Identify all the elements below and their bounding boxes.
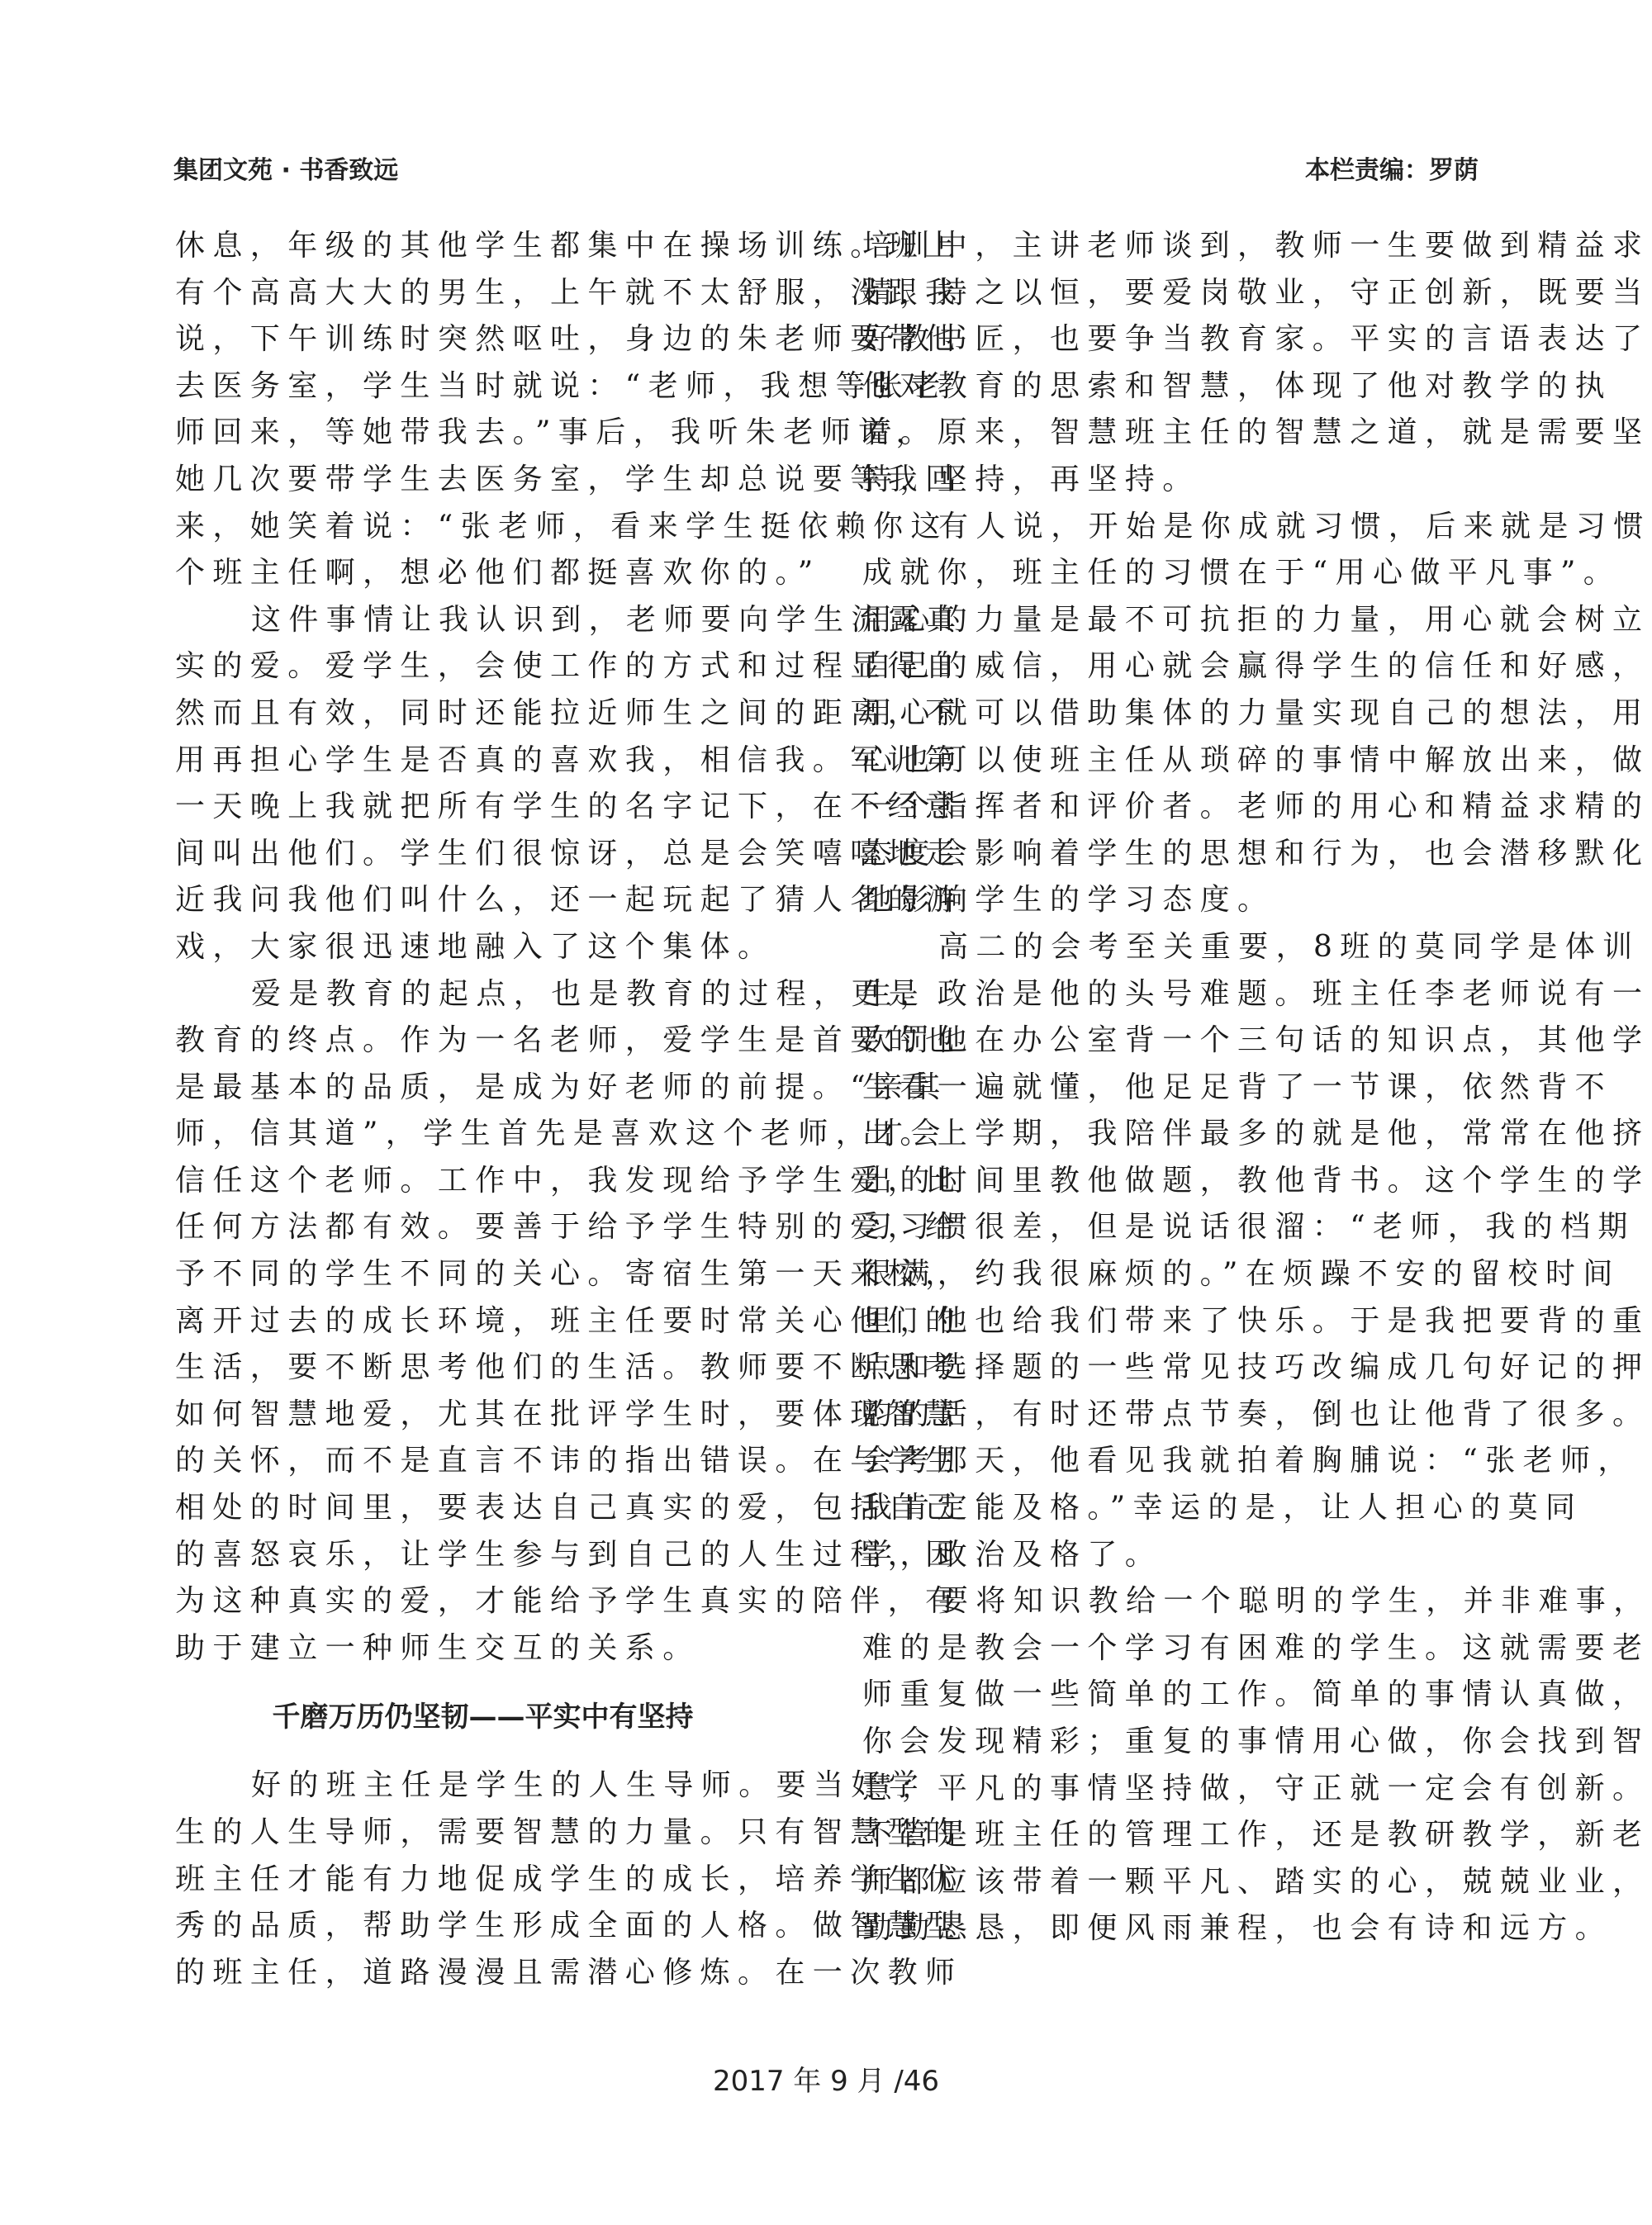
column-editor: 本栏责编：罗荫 <box>1305 149 1479 186</box>
text-line: 你会发现精彩；重复的事情用心做，你会找到智 <box>862 1719 1478 1766</box>
paragraph: 这件事情让我认识到，老师要向学生流露真 实的爱。爱学生，会使工作的方式和过程显得… <box>175 597 790 971</box>
text-line: 要将知识教给一个聪明的学生，并非难事， <box>862 1578 1478 1625</box>
text-line: 班主任才能有力地促成学生的成长，培养学生优 <box>175 1857 790 1904</box>
text-line: 有人说，开始是你成就习惯，后来就是习惯 <box>862 504 1478 551</box>
text-line: 离开过去的成长环境，班主任要时常关心他们的 <box>175 1298 790 1345</box>
text-line: 精，持之以恒，要爱岗敬业，守正创新，既要当 <box>862 270 1478 317</box>
text-line: 助于建立一种师生交互的关系。 <box>175 1625 790 1672</box>
text-line: 个班主任啊，想必他们都挺喜欢你的。” <box>175 550 790 597</box>
text-line: 我肯定能及格。”幸运的是，让人担心的莫同 <box>862 1485 1478 1532</box>
text-line: 师重复做一些简单的工作。简单的事情认真做， <box>862 1672 1478 1719</box>
text-line: 难的是教会一个学习有困难的学生。这就需要老 <box>862 1625 1478 1672</box>
paragraph: 有人说，开始是你成就习惯，后来就是习惯 成就你，班主任的习惯在于“用心做平凡事”… <box>862 504 1478 924</box>
text-line: 一天晚上我就把所有学生的名字记下，在不经意 <box>175 784 790 831</box>
paragraph: 要将知识教给一个聪明的学生，并非难事， 难的是教会一个学习有困难的学生。这就需要… <box>862 1578 1478 1952</box>
paragraph: 休息，年级的其他学生都集中在操场训练。班上 有个高高大大的男生，上午就不太舒服，… <box>175 223 790 597</box>
text-line: 相处的时间里，要表达自己真实的爱，包括自己 <box>175 1485 790 1532</box>
text-line: 不管是班主任的管理工作，还是教研教学，新老 <box>862 1812 1478 1859</box>
text-line: 会考那天，他看见我就拍着胸脯说：“张老师， <box>862 1438 1478 1485</box>
text-line: 自己的威信，用心就会赢得学生的信任和好感， <box>862 643 1478 690</box>
text-line: 好教书匠，也要争当教育家。平实的言语表达了 <box>862 316 1478 363</box>
text-line: 师都应该带着一颗平凡、踏实的心，兢兢业业， <box>862 1859 1478 1906</box>
text-line: 这件事情让我认识到，老师要向学生流露真 <box>175 597 790 644</box>
right-column: 培训中，主讲老师谈到，教师一生要做到精益求 精，持之以恒，要爱岗敬业，守正创新，… <box>862 223 1478 1952</box>
text-line: 出的时间里教他做题，教他背书。这个学生的学 <box>862 1158 1478 1205</box>
page-header: 集团文苑 · 书香致远 本栏责编：罗荫 <box>173 147 1479 188</box>
text-line: 态度会影响着学生的思想和行为，也会潜移默化 <box>862 831 1478 878</box>
text-line: 近我问我他们叫什么，还一起玩起了猜人名的游 <box>175 877 790 924</box>
text-line: 勤勤恳恳，即便风雨兼程，也会有诗和远方。 <box>862 1905 1478 1952</box>
text-line: 爱是教育的起点，也是教育的过程，更是 <box>175 971 790 1018</box>
text-line: 用心就可以借助集体的力量实现自己的想法，用 <box>862 690 1478 738</box>
text-line: 秀的品质，帮助学生形成全面的人格。做智慧型 <box>175 1903 790 1950</box>
text-line: 习习惯很差，但是说话很溜：“老师，我的档期 <box>862 1204 1478 1251</box>
paragraph: 高二的会考至关重要，8班的莫同学是体训 生，政治是他的头号难题。班主任李老师说有… <box>862 924 1478 1578</box>
text-line: 任何方法都有效。要善于给予学生特别的爱，给 <box>175 1204 790 1251</box>
text-line: 他对教育的思索和智慧，体现了他对教学的执 <box>862 363 1478 410</box>
text-line: 然而且有效，同时还能拉近师生之间的距离，不 <box>175 690 790 738</box>
text-line: 韵的话，有时还带点节奏，倒也让他背了很多。 <box>862 1392 1478 1439</box>
text-line: 着。原来，智慧班主任的智慧之道，就是需要坚 <box>862 410 1478 457</box>
text-line: 里，他也给我们带来了快乐。于是我把要背的重 <box>862 1298 1478 1345</box>
text-line: 学，政治及格了。 <box>862 1532 1478 1579</box>
text-line: 来，她笑着说：“张老师，看来学生挺依赖你这 <box>175 504 790 551</box>
column-title: 集团文苑 · 书香致远 <box>173 149 398 186</box>
section-heading: 千磨万历仍坚韧——平实中有坚持 <box>175 1672 790 1762</box>
text-line: 培训中，主讲老师谈到，教师一生要做到精益求 <box>862 223 1478 270</box>
text-line: 高二的会考至关重要，8班的莫同学是体训 <box>862 924 1478 971</box>
text-line: 的喜怒哀乐，让学生参与到自己的人生过程，因 <box>175 1532 790 1579</box>
text-line: 师回来，等她带我去。”事后，我听朱老师说， <box>175 410 790 457</box>
text-line: 慧；平凡的事情坚持做，守正就一定会有创新。 <box>862 1766 1478 1813</box>
text-line: 休息，年级的其他学生都集中在操场训练。班上 <box>175 223 790 270</box>
text-line: 戏，大家很迅速地融入了这个集体。 <box>175 924 790 971</box>
text-line: 说，下午训练时突然呕吐，身边的朱老师要带他 <box>175 316 790 363</box>
text-line: 师，信其道”，学生首先是喜欢这个老师，才会 <box>175 1111 790 1158</box>
text-line: 的班主任，道路漫漫且需潜心修炼。在一次教师 <box>175 1950 790 1997</box>
text-line: 出。上学期，我陪伴最多的就是他，常常在他挤 <box>862 1111 1478 1158</box>
text-line: 用心的力量是最不可抗拒的力量，用心就会树立 <box>862 597 1478 644</box>
text-line: 实的爱。爱学生，会使工作的方式和过程显得自 <box>175 643 790 690</box>
text-line: 很满，约我很麻烦的。”在烦躁不安的留校时间 <box>862 1251 1478 1298</box>
paragraph: 爱是教育的起点，也是教育的过程，更是 教育的终点。作为一名老师，爱学生是首要的也… <box>175 971 790 1672</box>
text-line: 予不同的学生不同的关心。寄宿生第一天来校， <box>175 1251 790 1298</box>
text-line: 生看一遍就懂，他足足背了一节课，依然背不 <box>862 1065 1478 1112</box>
text-line: 是最基本的品质，是成为好老师的前提。“亲其 <box>175 1065 790 1112</box>
text-line: 教育的终点。作为一名老师，爱学生是首要的也 <box>175 1018 790 1065</box>
text-line: 一个指挥者和评价者。老师的用心和精益求精的 <box>862 784 1478 831</box>
text-line: 心也可以使班主任从琐碎的事情中解放出来，做 <box>862 738 1478 785</box>
text-line: 去医务室，学生当时就说：“老师，我想等张老 <box>175 363 790 410</box>
text-line: 成就你，班主任的习惯在于“用心做平凡事”。 <box>862 550 1478 597</box>
text-line: 地影响学生的学习态度。 <box>862 877 1478 924</box>
text-line: 生的人生导师，需要智慧的力量。只有智慧型的 <box>175 1810 790 1857</box>
text-line: 如何智慧地爱，尤其在批评学生时，要体现智慧 <box>175 1392 790 1439</box>
left-column: 休息，年级的其他学生都集中在操场训练。班上 有个高高大大的男生，上午就不太舒服，… <box>175 223 790 1996</box>
text-line: 的关怀，而不是直言不讳的指出错误。在与学生 <box>175 1438 790 1485</box>
text-line: 为这种真实的爱，才能给予学生真实的陪伴，有 <box>175 1578 790 1625</box>
paragraph: 培训中，主讲老师谈到，教师一生要做到精益求 精，持之以恒，要爱岗敬业，守正创新，… <box>862 223 1478 504</box>
text-line: 点和选择题的一些常见技巧改编成几句好记的押 <box>862 1345 1478 1392</box>
text-line: 生活，要不断思考他们的生活。教师要不断思考 <box>175 1345 790 1392</box>
text-line: 有个高高大大的男生，上午就不太舒服，没跟我 <box>175 270 790 317</box>
text-line: 好的班主任是学生的人生导师。要当好学 <box>175 1762 790 1810</box>
text-line: 信任这个老师。工作中，我发现给予学生爱，比 <box>175 1158 790 1205</box>
text-line: 生，政治是他的头号难题。班主任李老师说有一 <box>862 971 1478 1018</box>
page-number: 2017 年 9 月 /46 <box>713 2065 939 2098</box>
text-line: 用再担心学生是否真的喜欢我，相信我。军训第 <box>175 738 790 785</box>
text-line: 间叫出他们。学生们很惊讶，总是会笑嘻嘻地走 <box>175 831 790 878</box>
text-line: 次罚他在办公室背一个三句话的知识点，其他学 <box>862 1018 1478 1065</box>
text-line: 她几次要带学生去医务室，学生却总说要等我回 <box>175 457 790 504</box>
paragraph: 好的班主任是学生的人生导师。要当好学 生的人生导师，需要智慧的力量。只有智慧型的… <box>175 1762 790 1996</box>
text-line: 持，坚持，再坚持。 <box>862 457 1478 504</box>
page-footer: 2017 年 9 月 /46 <box>0 2058 1652 2099</box>
